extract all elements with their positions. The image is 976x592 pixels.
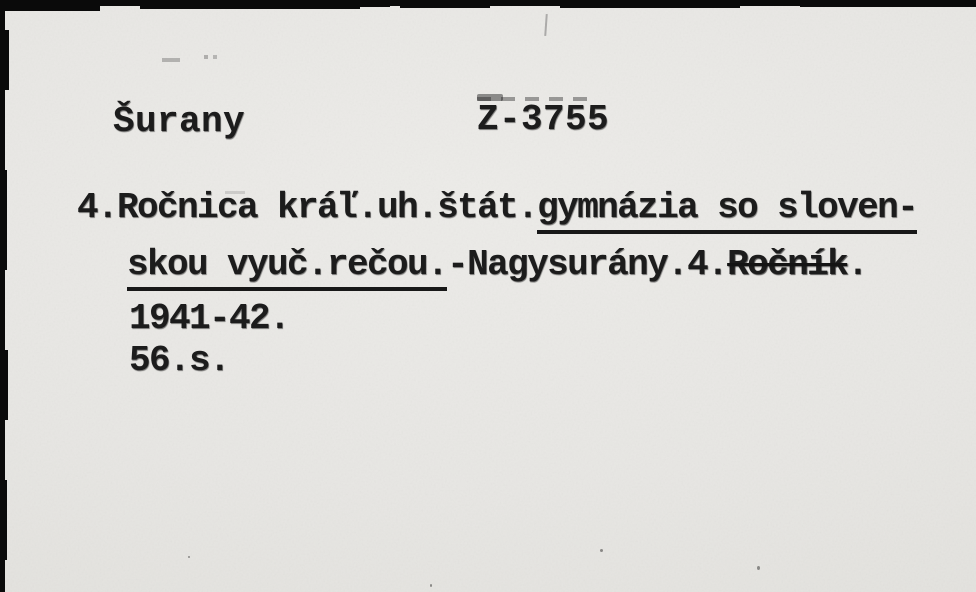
scan-edge-fragment [330, 0, 390, 7]
scan-speck [757, 566, 760, 570]
pages-line: 56.s. [129, 343, 229, 379]
scan-edge-fragment [560, 0, 740, 8]
ghost-mark [204, 55, 208, 59]
scan-edge-fragment [0, 350, 8, 420]
entry-line-2: skou vyuč.rečou.-Nagysurány.4.Ročník. [127, 247, 867, 283]
card-heading: Šurany [113, 104, 245, 140]
scan-edge-fragment [800, 0, 976, 7]
scan-speck [188, 556, 190, 558]
scan-edge-fragment [0, 480, 7, 560]
scan-speck [544, 14, 548, 36]
entry-line-2-struck-word: Ročník [727, 244, 847, 285]
scan-edge-fragment [0, 170, 7, 270]
scan-speck [430, 584, 432, 587]
scan-edge-fragment [400, 0, 490, 8]
entry-line-1-underlined: gymnázia so sloven- [537, 187, 917, 234]
entry-line-2-plain: -Nagysurány.4. [447, 244, 727, 285]
entry-line-2-tail: . [847, 244, 867, 285]
entry-line-2-underlined: skou vyuč.rečou. [127, 244, 447, 291]
ghost-mark [213, 55, 217, 59]
scan-edge-fragment [140, 0, 360, 9]
entry-line-1-plain: 4.Ročnica kráľ.uh.štát. [77, 187, 537, 228]
catalog-card: Šurany Z-3755 4.Ročnica kráľ.uh.štát.gym… [0, 0, 976, 592]
scan-edge-fragment [0, 0, 100, 11]
scan-edge-fragment [0, 30, 9, 90]
entry-line-1: 4.Ročnica kráľ.uh.štát.gymnázia so slove… [77, 190, 917, 226]
year-line: 1941-42. [129, 301, 289, 337]
ghost-mark [162, 58, 180, 62]
scan-speck [600, 549, 603, 552]
paper-grain-texture [0, 0, 976, 592]
call-number: Z-3755 [477, 102, 609, 138]
